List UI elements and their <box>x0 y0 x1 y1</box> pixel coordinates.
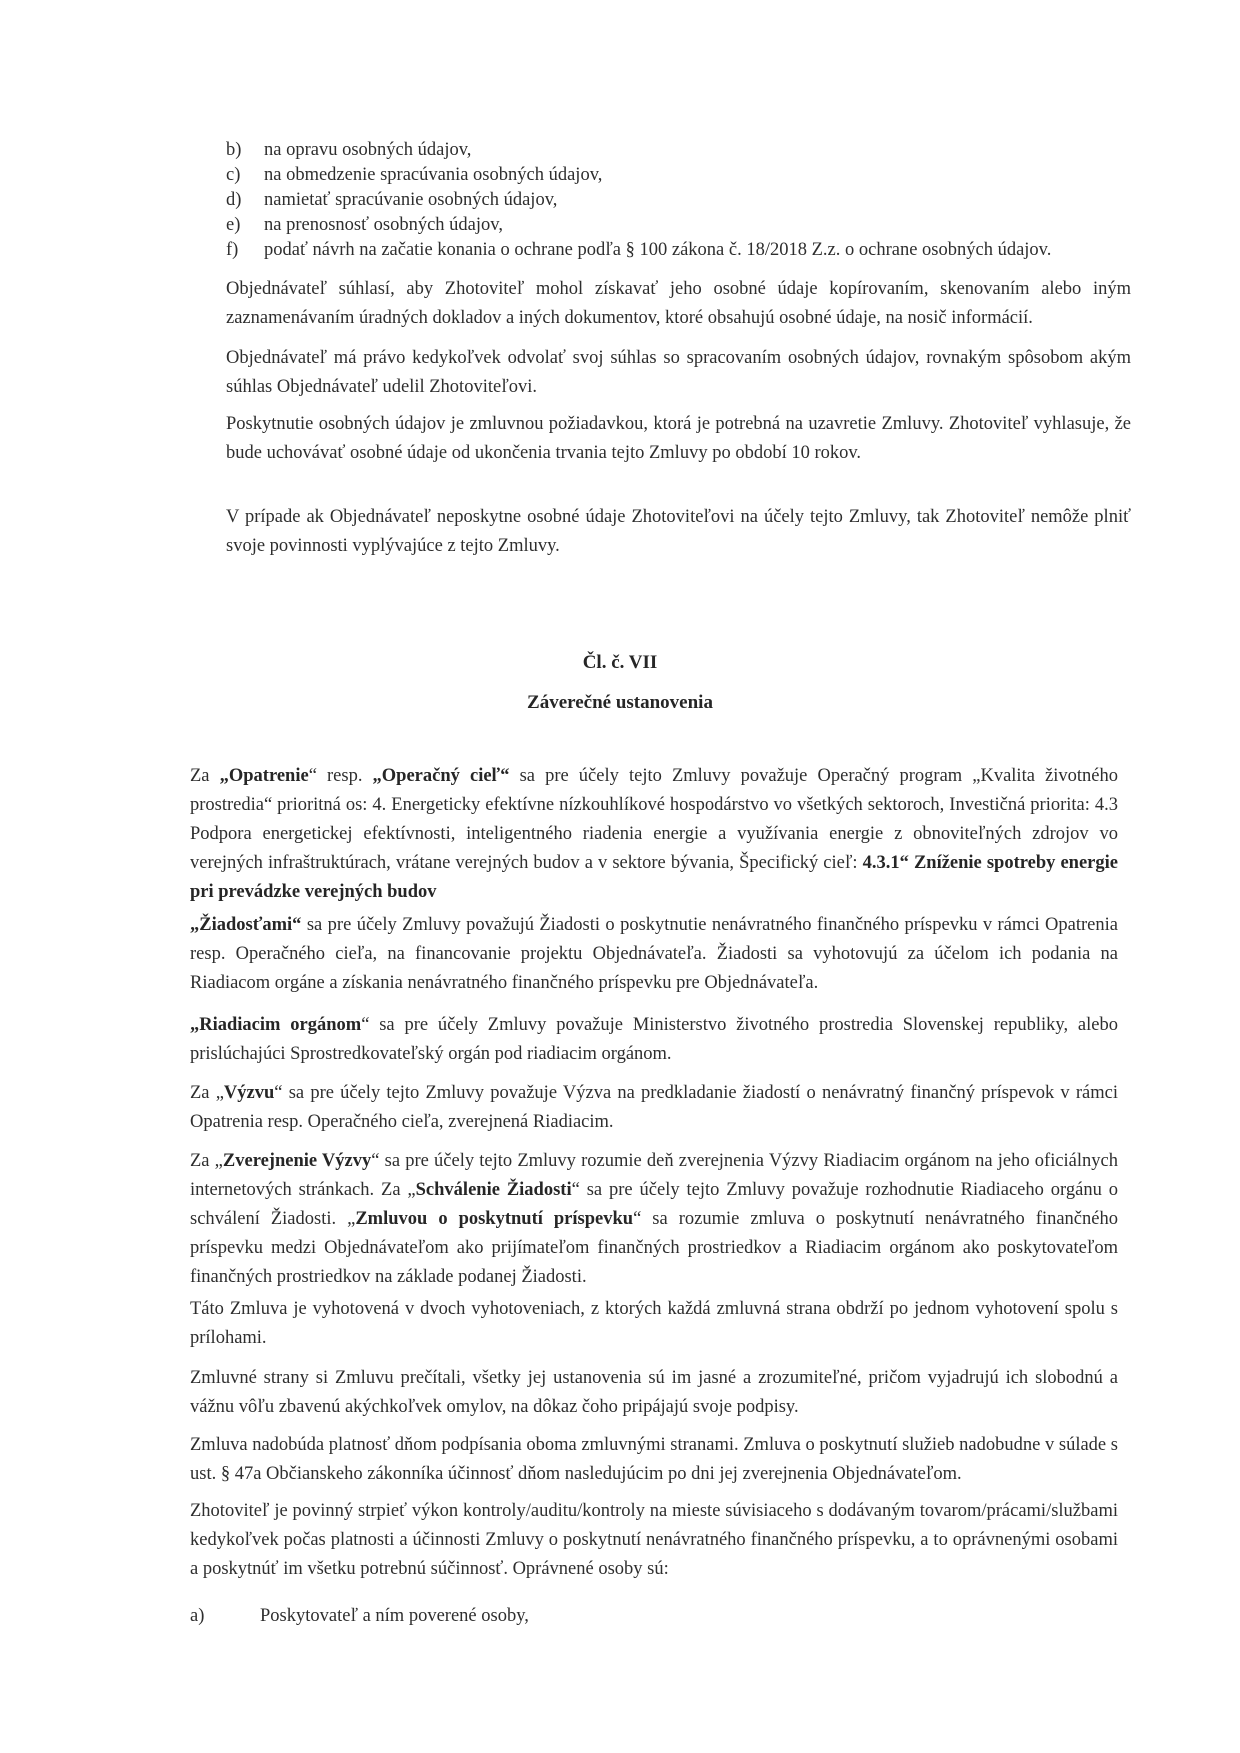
list-item: a)Poskytovateľ a ním poverené osoby, <box>190 1602 529 1630</box>
paragraph-text: Táto Zmluva je vyhotovená v dvoch vyhoto… <box>190 1295 1118 1353</box>
list-item: e)na prenosnosť osobných údajov, <box>226 213 503 237</box>
list-marker: e) <box>226 213 264 237</box>
definition-zverejnenie: Za „Zverejnenie Výzvy“ sa pre účely tejt… <box>190 1147 1118 1292</box>
list-marker: f) <box>226 238 264 262</box>
text: sa pre účely Zmluvy považujú Žiadosti o … <box>190 915 1118 993</box>
term-vyzva: Výzvu <box>224 1083 274 1103</box>
list-item: c)na obmedzenie spracúvania osobných úda… <box>226 163 602 187</box>
article-title: Záverečné ustanovenia <box>0 692 1240 714</box>
paragraph-text: Objednávateľ má právo kedykoľvek odvolať… <box>226 344 1131 402</box>
term-zmluva-o-poskytnuti: Zmluvou o poskytnutí príspevku <box>355 1209 633 1229</box>
text: Za <box>190 766 220 786</box>
term-riadiaci-organ: „Riadiacim orgánom <box>190 1015 361 1035</box>
paragraph-text: V prípade ak Objednávateľ neposkytne oso… <box>226 503 1131 561</box>
list-text: namietať spracúvanie osobných údajov, <box>264 190 557 210</box>
list-marker: a) <box>190 1602 260 1630</box>
list-item: b)na opravu osobných údajov, <box>226 138 471 162</box>
paragraph-validity: Zmluva nadobúda platnosť dňom podpísania… <box>190 1431 1118 1489</box>
list-text: na opravu osobných údajov, <box>264 140 471 160</box>
definition-vyzva: Za „Výzvu“ sa pre účely tejto Zmluvy pov… <box>190 1079 1118 1137</box>
list-text: Poskytovateľ a ním poverené osoby, <box>260 1606 529 1626</box>
list-marker: d) <box>226 188 264 212</box>
list-marker: c) <box>226 163 264 187</box>
paragraph-read-understood: Zmluvné strany si Zmluvu prečítali, všet… <box>190 1364 1118 1422</box>
term-operacny-ciel: „Operačný cieľ“ <box>373 766 510 786</box>
paragraph-text: Zhotoviteľ je povinný strpieť výkon kont… <box>190 1497 1118 1584</box>
definition-riadiaci-organ: „Riadiacim orgánom“ sa pre účely Zmluvy … <box>190 1011 1118 1069</box>
paragraph-text: Objednávateľ súhlasí, aby Zhotoviteľ moh… <box>226 275 1131 333</box>
list-item: f)podať návrh na začatie konania o ochra… <box>226 238 1051 262</box>
definition-opatrenie: Za „Opatrenie“ resp. „Operačný cieľ“ sa … <box>190 762 1118 907</box>
list-text: na prenosnosť osobných údajov, <box>264 215 503 235</box>
paragraph-copies: Táto Zmluva je vyhotovená v dvoch vyhoto… <box>190 1295 1118 1353</box>
list-text: podať návrh na začatie konania o ochrane… <box>264 240 1051 260</box>
list-text: na obmedzenie spracúvania osobných údajo… <box>264 165 602 185</box>
term-opatrenie: „Opatrenie <box>220 766 309 786</box>
paragraph-consequence: V prípade ak Objednávateľ neposkytne oso… <box>226 503 1131 561</box>
paragraph-text: Zmluvné strany si Zmluvu prečítali, všet… <box>190 1364 1118 1422</box>
list-marker: b) <box>226 138 264 162</box>
paragraph-text: Poskytnutie osobných údajov je zmluvnou … <box>226 410 1131 468</box>
text: Za „ <box>190 1083 224 1103</box>
text: “ sa pre účely tejto Zmluvy považuje Výz… <box>190 1083 1118 1132</box>
term-zverejnenie-vyzvy: Zverejnenie Výzvy <box>223 1151 371 1171</box>
definition-ziadost: „Žiadosťami“ sa pre účely Zmluvy považuj… <box>190 911 1118 998</box>
paragraph-consent: Objednávateľ súhlasí, aby Zhotoviteľ moh… <box>226 275 1131 333</box>
list-item: d)namietať spracúvanie osobných údajov, <box>226 188 557 212</box>
term-schvalenie-ziadosti: Schválenie Žiadosti <box>416 1180 572 1200</box>
article-number: Čl. č. VII <box>0 652 1240 674</box>
paragraph-withdraw: Objednávateľ má právo kedykoľvek odvolať… <box>226 344 1131 402</box>
term-ziadost: „Žiadosťami“ <box>190 915 301 935</box>
document-page: b)na opravu osobných údajov, c)na obmedz… <box>0 0 1240 1753</box>
text: Za „ <box>190 1151 223 1171</box>
paragraph-requirement: Poskytnutie osobných údajov je zmluvnou … <box>226 410 1131 468</box>
text: “ resp. <box>309 766 373 786</box>
paragraph-audit: Zhotoviteľ je povinný strpieť výkon kont… <box>190 1497 1118 1584</box>
paragraph-text: Zmluva nadobúda platnosť dňom podpísania… <box>190 1431 1118 1489</box>
